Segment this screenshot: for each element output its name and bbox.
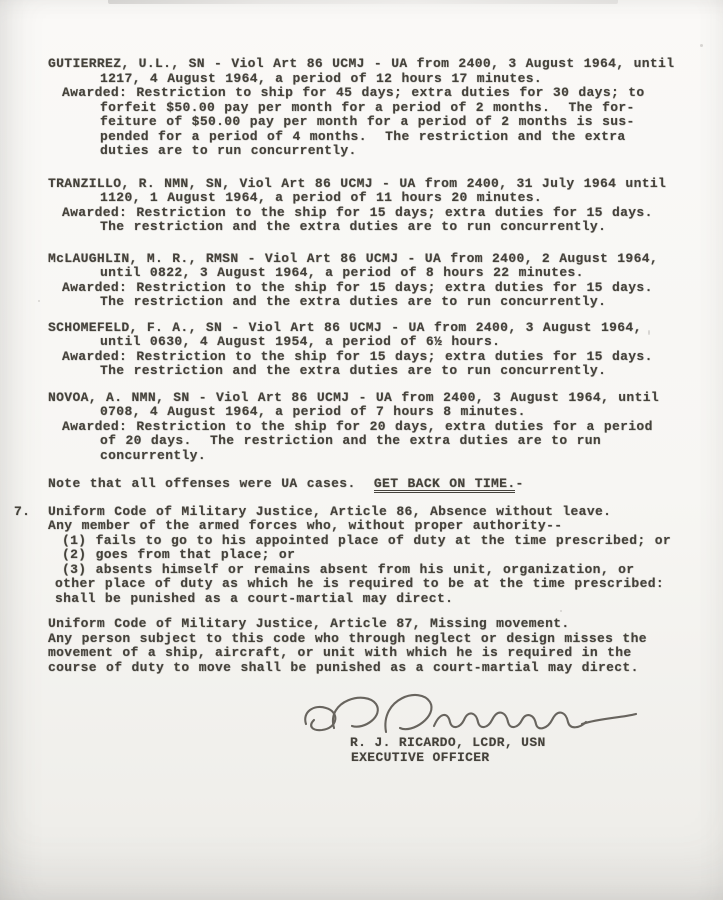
doc-line: of 20 days. The restriction and the extr… (100, 434, 723, 449)
document-page: GUTIERREZ, U.L., SN - Viol Art 86 UCMJ -… (0, 0, 723, 900)
doc-line: GUTIERREZ, U.L., SN - Viol Art 86 UCMJ -… (48, 57, 723, 72)
item-7-first-line: 7.Uniform Code of Military Justice, Arti… (48, 505, 723, 520)
doc-line: TRANZILLO, R. NMN, SN, Viol Art 86 UCMJ … (48, 177, 723, 192)
doc-line: feiture of $50.00 pay per month for a pe… (100, 115, 723, 130)
doc-line: Awarded: Restriction to ship for 45 days… (62, 86, 723, 101)
signature-title: EXECUTIVE OFFICER (351, 751, 490, 766)
doc-line: Awarded: Restriction to the ship for 15 … (62, 281, 723, 296)
doc-line: movement of a ship, aircraft, or unit wi… (48, 646, 723, 661)
doc-line: 1217, 4 August 1964, a period of 12 hour… (100, 72, 723, 87)
doc-line: Any member of the armed forces who, with… (48, 519, 723, 534)
doc-line: until 0630, 4 August 1954, a period of 6… (100, 335, 723, 350)
scan-speck (700, 44, 703, 47)
doc-line: The restriction and the extra duties are… (100, 295, 723, 310)
signature-name: R. J. RICARDO, LCDR, USN (350, 736, 546, 751)
scan-smudge-top-edge (108, 0, 618, 4)
doc-line: The restriction and the extra duties are… (100, 220, 723, 235)
note-line: Note that all offenses were UA cases. GE… (48, 477, 723, 492)
item-number: 7. (14, 505, 30, 520)
doc-line: pended for a period of 4 months. The res… (100, 130, 723, 145)
doc-line: (1) fails to go to his appointed place o… (62, 534, 723, 549)
doc-line: concurrently. (100, 449, 723, 464)
doc-line: until 0822, 3 August 1964, a period of 8… (100, 266, 723, 281)
doc-line: SCHOMEFELD, F. A., SN - Viol Art 86 UCMJ… (48, 321, 723, 336)
emphasis-underlined-text: GET BACK ON TIME. (374, 478, 516, 493)
doc-line: McLAUGHLIN, M. R., RMSN - Viol Art 86 UC… (48, 252, 723, 267)
doc-line: Uniform Code of Military Justice, Articl… (48, 617, 723, 632)
doc-line: The restriction and the extra duties are… (100, 364, 723, 379)
doc-line: Awarded: Restriction to the ship for 15 … (62, 350, 723, 365)
doc-line: Awarded: Restriction to the ship for 20 … (62, 420, 723, 435)
doc-line: NOVOA, A. NMN, SN - Viol Art 86 UCMJ - U… (48, 391, 723, 406)
doc-line: duties are to run concurrently. (100, 144, 723, 159)
scanned-document-screenshot: { "meta": { "paper_color": "#f7f6f3", "i… (0, 0, 723, 900)
doc-line: 0708, 4 August 1964, a period of 7 hours… (100, 405, 723, 420)
doc-line: (3) absents himself or remains absent fr… (62, 563, 723, 578)
doc-line: course of duty to move shall be punished… (48, 661, 723, 676)
doc-lines: GUTIERREZ, U.L., SN - Viol Art 86 UCMJ -… (0, 57, 723, 675)
doc-line: 1120, 1 August 1964, a period of 11 hour… (100, 191, 723, 206)
doc-line: shall be punished as a court-martial may… (55, 592, 723, 607)
doc-line: Awarded: Restriction to the ship for 15 … (62, 206, 723, 221)
doc-line: (2) goes from that place; or (62, 548, 723, 563)
doc-line: other place of duty as which he is requi… (55, 577, 723, 592)
doc-line: forfeit $50.00 pay per month for a perio… (100, 101, 723, 116)
doc-line: Any person subject to this code who thro… (48, 632, 723, 647)
